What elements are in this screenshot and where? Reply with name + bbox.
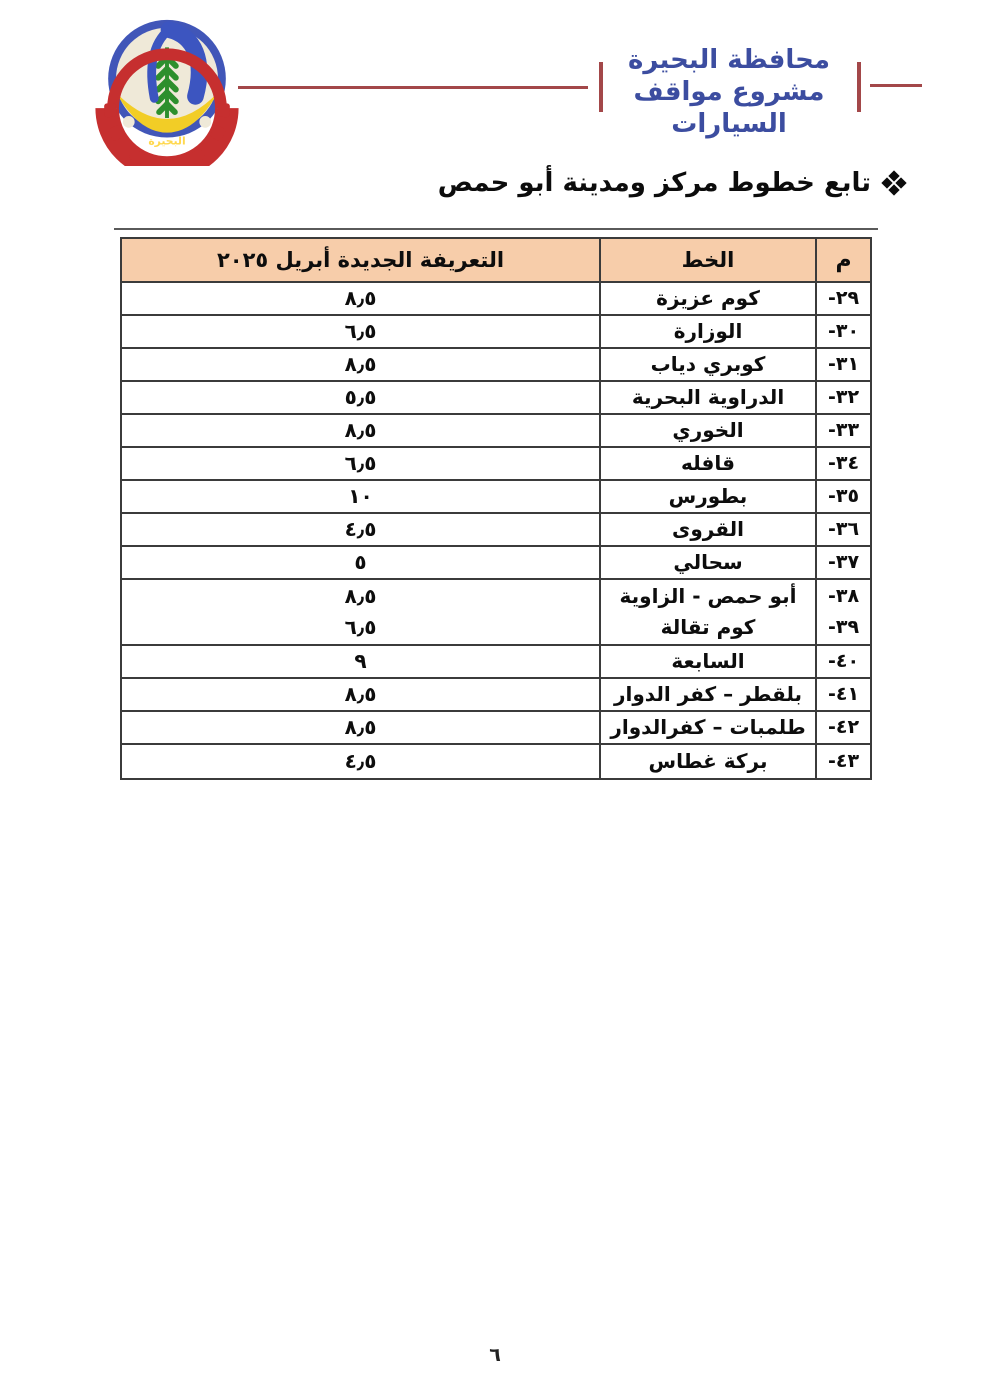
table-header-row: م الخط التعريفة الجديدة أبريل ٢٠٢٥ — [122, 239, 870, 283]
line-value: السابعة — [671, 646, 744, 677]
tariff-value: ٦٫٥ — [345, 316, 377, 347]
tariff-value: ٨٫٥ — [345, 679, 377, 710]
line-value: الدراوية البحرية — [632, 382, 784, 413]
logo-label: البحيرة — [148, 134, 185, 147]
cell-line: بلقطر – كفر الدوار — [599, 679, 815, 710]
cell-index: -٣٣ — [815, 415, 870, 446]
table-row: -٣٧سحالي٥ — [122, 547, 870, 580]
header-rule-right — [870, 84, 922, 87]
table-row: -٣٤قافله٦٫٥ — [122, 448, 870, 481]
line-value: سحالي — [673, 547, 742, 578]
tariff-value: ٤٫٥ — [345, 514, 377, 545]
org-name: محافظة البحيرة — [604, 44, 854, 76]
tariff-value: ٨٫٥ — [345, 349, 377, 380]
table-row: -٢٩كوم عزيزة٨٫٥ — [122, 283, 870, 316]
cell-tariff: ٨٫٥٦٫٥ — [122, 580, 599, 644]
table-row: -٣٥بطورس١٠ — [122, 481, 870, 514]
cell-line: بركة غطاس — [599, 745, 815, 778]
index-value: -٣١ — [828, 349, 859, 380]
table-row: -٣٠الوزارة٦٫٥ — [122, 316, 870, 349]
cell-index: -٣٤ — [815, 448, 870, 479]
cell-line: أبو حمص - الزاويةكوم تقالة — [599, 580, 815, 644]
beheira-governorate-logo: البحيرة — [93, 14, 241, 166]
line-value: الخوري — [672, 415, 743, 446]
line-value: كوم عزيزة — [656, 283, 760, 314]
index-value: -٣٧ — [828, 547, 859, 578]
tariff-value: ٥ — [354, 547, 366, 578]
table-row: -٣٢الدراوية البحرية٥٫٥ — [122, 382, 870, 415]
index-value: -٣٦ — [828, 514, 859, 545]
cell-index: -٣٢ — [815, 382, 870, 413]
cell-index: -٣٥ — [815, 481, 870, 512]
cell-index: -٢٩ — [815, 283, 870, 314]
cell-line: كوبري دياب — [599, 349, 815, 380]
cell-line: الوزارة — [599, 316, 815, 347]
index-value: -٤٢ — [828, 712, 859, 743]
cell-tariff: ٩ — [122, 646, 599, 677]
cell-tariff: ٤٫٥ — [122, 514, 599, 545]
section-title-text: تابع خطوط مركز ومدينة أبو حمص — [438, 168, 871, 198]
tariff-value: ١٠ — [348, 481, 372, 512]
cell-index: -٤١ — [815, 679, 870, 710]
index-value: -٣٨ — [828, 581, 859, 612]
table-row: -٣١كوبري دياب٨٫٥ — [122, 349, 870, 382]
line-value: بلقطر – كفر الدوار — [614, 679, 802, 710]
cell-line: الخوري — [599, 415, 815, 446]
header-bar-left — [599, 62, 603, 112]
tariff-value: ٩ — [354, 646, 366, 677]
line-value: القروى — [672, 514, 744, 545]
tariff-value: ٨٫٥ — [345, 283, 377, 314]
tariff-value: ٦٫٥ — [345, 612, 377, 643]
cell-index: -٤٢ — [815, 712, 870, 743]
tariff-value: ٤٫٥ — [345, 746, 377, 777]
diamond-bullet-icon — [883, 172, 905, 194]
index-value: -٣٤ — [828, 448, 859, 479]
tariff-value: ٨٫٥ — [345, 581, 377, 612]
tariff-table: م الخط التعريفة الجديدة أبريل ٢٠٢٥ -٢٩كو… — [120, 237, 872, 780]
cell-index: -٤٣ — [815, 745, 870, 778]
cell-line: قافله — [599, 448, 815, 479]
header-org-block: محافظة البحيرة مشروع مواقف السيارات — [604, 44, 854, 140]
section-title: تابع خطوط مركز ومدينة أبو حمص — [438, 168, 905, 198]
line-value: أبو حمص - الزاوية — [620, 581, 797, 612]
line-value: كوم تقالة — [661, 612, 756, 643]
cell-tariff: ٦٫٥ — [122, 448, 599, 479]
line-value: كوبري دياب — [651, 349, 766, 380]
cell-line: سحالي — [599, 547, 815, 578]
line-value: بطورس — [669, 481, 748, 512]
cell-line: طلمبات – كفرالدوار — [599, 712, 815, 743]
table-row: -٣٣الخوري٨٫٥ — [122, 415, 870, 448]
table-row: -٤٢طلمبات – كفرالدوار٨٫٥ — [122, 712, 870, 745]
cell-index: -٣٠ — [815, 316, 870, 347]
index-value: -٤١ — [828, 679, 859, 710]
table-row: -٤٣بركة غطاس٤٫٥ — [122, 745, 870, 778]
cell-index: -٣٧ — [815, 547, 870, 578]
table-top-rule — [114, 228, 878, 230]
line-value: قافله — [681, 448, 735, 479]
header-bar-right — [857, 62, 861, 112]
cell-line: الدراوية البحرية — [599, 382, 815, 413]
tariff-value: ٦٫٥ — [345, 448, 377, 479]
cell-tariff: ٨٫٥ — [122, 349, 599, 380]
line-value: بركة غطاس — [649, 746, 768, 777]
page-number: ٦ — [0, 1344, 990, 1366]
cell-line: السابعة — [599, 646, 815, 677]
column-header-index: م — [815, 239, 870, 281]
cell-index: -٤٠ — [815, 646, 870, 677]
cell-index: -٣٦ — [815, 514, 870, 545]
header-rule-left — [238, 86, 588, 89]
index-value: -٣٠ — [828, 316, 859, 347]
tariff-value: ٨٫٥ — [345, 712, 377, 743]
line-value: الوزارة — [674, 316, 743, 347]
cell-tariff: ٥٫٥ — [122, 382, 599, 413]
cell-tariff: ٦٫٥ — [122, 316, 599, 347]
cell-tariff: ٨٫٥ — [122, 712, 599, 743]
line-value: طلمبات – كفرالدوار — [610, 712, 805, 743]
cell-tariff: ٥ — [122, 547, 599, 578]
table-row: -٤١بلقطر – كفر الدوار٨٫٥ — [122, 679, 870, 712]
column-header-tariff: التعريفة الجديدة أبريل ٢٠٢٥ — [122, 239, 599, 281]
cell-index: -٣١ — [815, 349, 870, 380]
index-value: -٣٢ — [828, 382, 859, 413]
column-header-line: الخط — [599, 239, 815, 281]
table-row: -٤٠السابعة٩ — [122, 646, 870, 679]
index-value: -٣٩ — [828, 612, 859, 643]
table-row: -٣٦القروى٤٫٥ — [122, 514, 870, 547]
cell-line: بطورس — [599, 481, 815, 512]
index-value: -٣٥ — [828, 481, 859, 512]
cell-tariff: ٨٫٥ — [122, 679, 599, 710]
index-value: -٢٩ — [828, 283, 859, 314]
index-value: -٤٣ — [828, 746, 859, 777]
index-value: -٤٠ — [828, 646, 859, 677]
cell-line: كوم عزيزة — [599, 283, 815, 314]
cell-index: -٣٨-٣٩ — [815, 580, 870, 644]
table-body: -٢٩كوم عزيزة٨٫٥-٣٠الوزارة٦٫٥-٣١كوبري ديا… — [122, 283, 870, 778]
cell-line: القروى — [599, 514, 815, 545]
project-name: مشروع مواقف السيارات — [604, 76, 854, 140]
cell-tariff: ١٠ — [122, 481, 599, 512]
tariff-value: ٥٫٥ — [345, 382, 377, 413]
index-value: -٣٣ — [828, 415, 859, 446]
table-row: -٣٨-٣٩أبو حمص - الزاويةكوم تقالة٨٫٥٦٫٥ — [122, 580, 870, 646]
cell-tariff: ٨٫٥ — [122, 283, 599, 314]
tariff-value: ٨٫٥ — [345, 415, 377, 446]
cell-tariff: ٤٫٥ — [122, 745, 599, 778]
cell-tariff: ٨٫٥ — [122, 415, 599, 446]
